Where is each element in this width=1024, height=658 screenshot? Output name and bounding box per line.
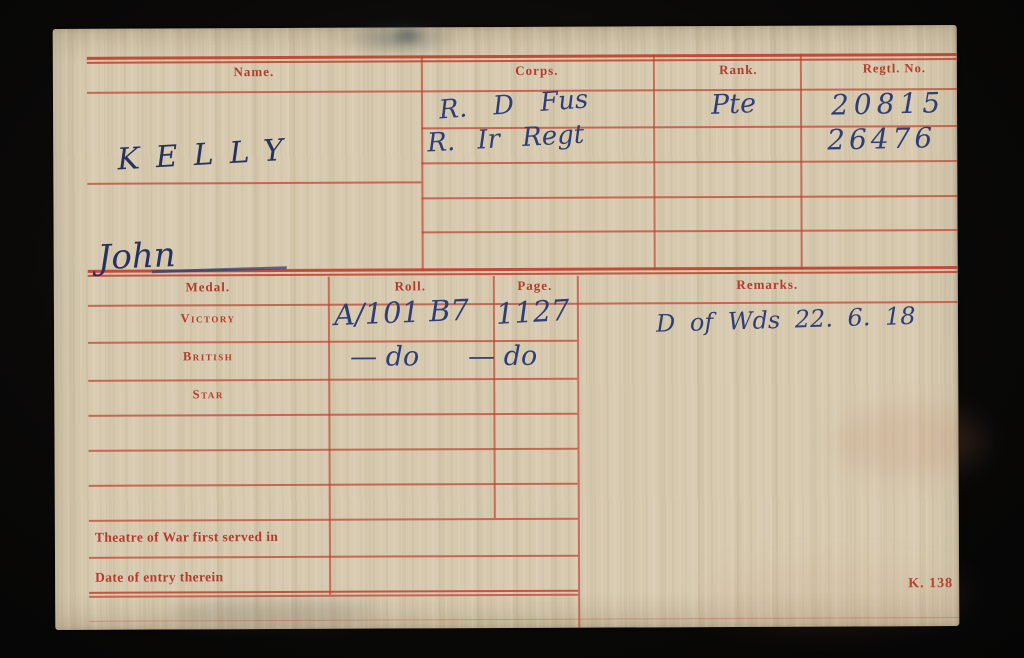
reference-number: K. 138: [835, 576, 953, 592]
roll-value-victory: A/101 B7: [333, 295, 469, 332]
rule-line: [88, 413, 577, 417]
rule-line: [422, 229, 958, 233]
page-value-british: — do: [468, 342, 537, 372]
theatre-of-war-label: Theatre of War first served in: [95, 529, 357, 546]
rule-line: [88, 378, 577, 382]
medal-column-header: Medal.: [88, 279, 328, 295]
rule-line: [89, 483, 578, 487]
page-value-victory: 1127: [495, 295, 571, 331]
page-remarks-divider: [577, 276, 580, 628]
pencil-smudge: [165, 600, 375, 627]
name-writing-line: [87, 181, 421, 184]
rule-line: [89, 518, 578, 522]
photo-background: Name. Corps. Rank. Regtl. No. Medal. Rol…: [0, 0, 1024, 658]
roll-column-header: Roll.: [328, 278, 493, 294]
rank-value: Pte: [710, 89, 756, 120]
card-bottom-faint-rule: [89, 617, 959, 622]
regtl-no-value-2: 26476: [827, 123, 937, 156]
rule-line: [421, 160, 957, 164]
medal-label-victory: Victory: [88, 311, 328, 327]
medal-label-star: Star: [88, 387, 328, 403]
medal-roll-divider: [328, 277, 331, 595]
name-header-underline: [87, 90, 421, 93]
surname-value: KELLY: [116, 133, 300, 176]
ink-smudge: [339, 21, 459, 56]
regtl-no-column-header: Regtl. No.: [800, 61, 957, 77]
rank-column-header: Rank.: [653, 62, 800, 78]
regtl-no-value-1: 20815: [831, 88, 946, 121]
name-column-header: Name.: [87, 63, 421, 79]
paper-stain: [834, 405, 984, 478]
corps-column-header: Corps.: [421, 62, 653, 78]
corps-value-2: R. Ir Regt: [426, 121, 584, 158]
page-column-header: Page.: [493, 278, 577, 293]
theatre-row-line: [89, 555, 578, 559]
remarks-column-header: Remarks.: [577, 276, 958, 293]
remarks-value: D of Wds 22. 6. 18: [656, 303, 916, 337]
date-of-entry-label: Date of entry therein: [95, 569, 357, 586]
roll-value-british: — do: [350, 342, 419, 372]
rule-line: [89, 448, 578, 452]
medal-label-british: British: [88, 349, 328, 365]
rule-line: [421, 195, 957, 199]
bottom-double-rule-2: [89, 594, 578, 598]
medal-index-card: Name. Corps. Rank. Regtl. No. Medal. Rol…: [53, 25, 960, 630]
ink-smudge-dark-spot: [391, 25, 425, 45]
